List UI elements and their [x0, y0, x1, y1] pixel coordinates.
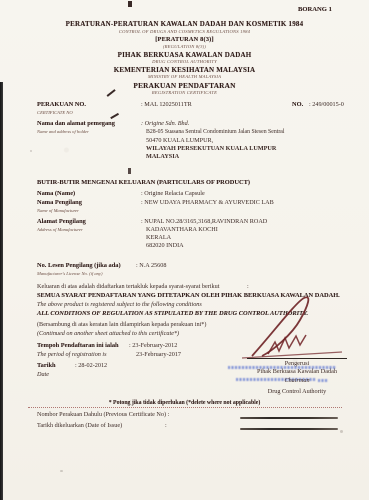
pen-mark-artifact: [110, 113, 119, 119]
signer-authority-en: Drug Control Authority: [247, 388, 347, 395]
issue-date-label: Tarikh dikeluarkan (Date of Issue): [37, 422, 122, 429]
date-label-ms: Tarikh: [37, 362, 56, 369]
certificate-no-sublabel: CERTIFICATE NO: [37, 110, 73, 115]
license-value: : N.A 25608: [136, 262, 166, 269]
previous-certificate-label: Nombor Perakuan Dahulu (Previous Certifi…: [37, 411, 169, 418]
ministry-name-ms: KEMENTERIAN KESIHATAN MALAYSIA: [0, 66, 369, 74]
issue-date-colon: :: [165, 422, 167, 429]
manufacturer-address-line: : NUPAL NO.28/3165,3168,RAVINDRAN ROAD: [141, 218, 267, 225]
period-start-value: : 23-February-2012: [129, 342, 177, 349]
manufacturer-address-line: KADAVANTHARA KOCHI: [146, 226, 218, 233]
date-label-en: Date: [37, 371, 49, 378]
holder-label: Nama dan alamat pemegang: [37, 120, 115, 127]
manufacturer-address-line: KERALA: [146, 234, 171, 241]
product-name-label: Nama (Name): [37, 190, 75, 197]
date-value: : 28-02-2012: [75, 362, 107, 369]
holder-address-line: B28-05 Suasana Sentral Condominium Jalan…: [146, 129, 284, 135]
regulation-title-ms: PERATURAN-PERATURAN KAWALAN DADAH DAN KO…: [0, 20, 369, 28]
serial-no-label: NO.: [292, 101, 303, 108]
authority-name-ms: PIHAK BERKUASA KAWALAN DADAH: [0, 51, 369, 59]
certificate-no-label: PERAKUAN NO.: [37, 101, 86, 108]
holder-address-line: 50470 KUALA LUMPUR,: [146, 137, 213, 144]
certificate-no-value: : MAL 12025011TR: [141, 101, 192, 108]
manufacturer-address-sublabel: Address of Manufacturer: [37, 227, 83, 232]
holder-sublabel: Name and address of holder: [37, 129, 89, 134]
footnote: * Potong jika tidak diperlukan (*delete …: [0, 400, 369, 406]
scan-speck: [30, 150, 32, 152]
period-end-value: 23-February-2017: [136, 351, 181, 358]
previous-certificate-blank-line: [240, 417, 338, 419]
conditions-intro-en: The above product is registered subject …: [37, 301, 202, 308]
approval-stamp: [318, 379, 328, 382]
regulation-clause-ms: [PERATURAN 8(3)]: [0, 36, 369, 43]
issue-date-blank-line: [240, 428, 338, 430]
signature: [238, 292, 353, 364]
period-label-ms: Tempoh Pendaftaran ini ialah: [37, 342, 119, 349]
manufacturer-address-line: 682020 INDIA: [146, 242, 184, 249]
document-title-ms: PERAKUAN PENDAFTARAN: [0, 81, 369, 90]
license-sublabel: Manufacturer's License No. (if any): [37, 271, 103, 276]
product-section-title: BUTIR-BUTIR MENGENAI KELUARAN (PARTICULA…: [37, 179, 250, 186]
signer-authority-ms: Pihak Berkuasa Kawalan Dadah: [247, 368, 347, 375]
manufacturer-address-label: Alamat Pengilang: [37, 218, 86, 225]
holder-name: : Origine Sdn. Bhd.: [141, 120, 189, 127]
form-label: BORANG 1: [298, 6, 332, 13]
product-name-value: : Origine Relacia Capsule: [141, 190, 205, 197]
regulation-clause-en: (REGULATION 8(3)): [0, 44, 369, 49]
period-label-en: The period of registration is: [37, 351, 107, 358]
ministry-name-en: MINISTRY OF HEALTH MALAYSIA: [0, 74, 369, 79]
certificate-page: BORANG 1 PERATURAN-PERATURAN KAWALAN DAD…: [0, 0, 369, 500]
conditions-continued-en: (Continued on another sheet attached to …: [37, 330, 179, 337]
conditions-continued-ms: (Bersambung di atas keratan lain dilampi…: [37, 321, 206, 328]
scan-artifact: [128, 1, 132, 7]
conditions-intro-ms: Keluaran di atas adalah didaftarkan tert…: [37, 283, 219, 290]
document-title-en: REGISTRATION CERTIFICATE: [0, 90, 369, 95]
manufacturer-sublabel: Name of Manufacturer: [37, 208, 79, 213]
dotted-separator: [28, 407, 342, 408]
manufacturer-value: : NEW UDAYA PHARMACY & AYURVEDIC LAB: [141, 199, 274, 206]
scan-artifact: [128, 168, 131, 174]
holder-address-line: WILAYAH PERSEKUTUAN KUALA LUMPUR: [146, 145, 276, 152]
manufacturer-label: Nama Pengilang: [37, 199, 82, 206]
authority-name-en: DRUG CONTROL AUTHORITY: [0, 59, 369, 64]
holder-address-line: MALAYSIA: [146, 153, 179, 160]
signer-title-en: Chairman: [247, 377, 347, 384]
scan-edge-artifact: [0, 82, 3, 500]
regulation-title-en: CONTROL OF DRUGS AND COSMETICS REGULATIO…: [0, 29, 369, 34]
conditions-intro-colon: :: [247, 283, 249, 290]
serial-no-value: : 249/00015-0: [309, 101, 344, 108]
scan-speck: [60, 470, 63, 472]
scan-speck: [340, 430, 343, 433]
license-label: No. Lesen Pengilang (jika ada): [37, 262, 121, 269]
